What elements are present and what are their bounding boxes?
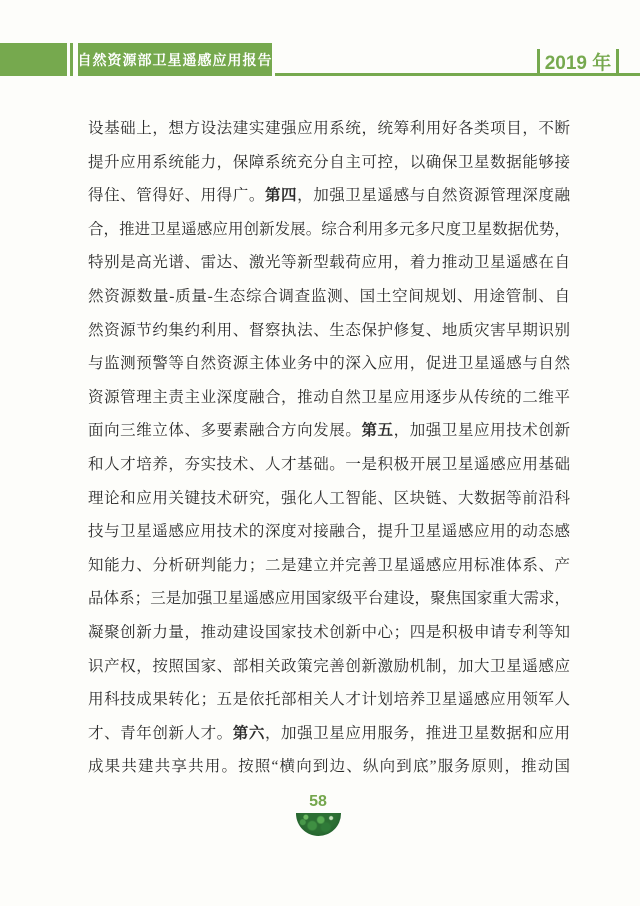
year-divider-bar-right [616,49,619,73]
text-line: 知能力、分析研判能力；二是建立并完善卫星遥感应用标准体系、产 [88,549,570,583]
text-line: 然资源数量-质量-生态综合调查监测、国土空间规划、用途管制、自 [88,280,570,314]
text-line: 然资源节约集约利用、督察执法、生态保护修复、地质灾害早期识别 [88,314,570,348]
body-text: 设基础上，想方设法建实建强应用系统，统筹利用好各类项目，不断提升应用系统能力，保… [88,112,570,784]
report-page: 自然资源部卫星遥感应用报告 2019 年 设基础上，想方设法建实建强应用系统，统… [0,0,640,906]
text-line: 设基础上，想方设法建实建强应用系统，统筹利用好各类项目，不断 [88,112,570,146]
text-line: 技与卫星遥感应用技术的深度对接融合，提升卫星遥感应用的动态感 [88,515,570,549]
text-line: 品体系；三是加强卫星遥感应用国家级平台建设，聚焦国家重大需求， [88,582,570,616]
page-number: 58 [0,793,636,811]
text-line: 提升应用系统能力，保障系统充分自主可控，以确保卫星数据能够接 [88,146,570,180]
text-line: 才、青年创新人才。第六，加强卫星应用服务，推进卫星数据和应用 [88,717,570,751]
text-line: 得住、管得好、用得广。第四，加强卫星遥感与自然资源管理深度融 [88,179,570,213]
text-line: 和人才培养，夯实技术、人才基础。一是积极开展卫星遥感应用基础 [88,448,570,482]
text-line: 理论和应用关键技术研究，强化人工智能、区块链、大数据等前沿科 [88,482,570,516]
year-label: 2019 年 [540,49,616,73]
earth-globe-icon [296,813,341,836]
text-line: 面向三维立体、多要素融合方向发展。第五，加强卫星应用技术创新 [88,414,570,448]
text-line: 识产权，按照国家、部相关政策完善创新激励机制，加大卫星遥感应 [88,650,570,684]
text-line: 资源管理主责主业深度融合，推动自然卫星应用逐步从传统的二维平 [88,381,570,415]
header-left-accent-block [0,43,67,76]
text-line: 与监测预警等自然资源主体业务中的深入应用，促进卫星遥感与自然 [88,347,570,381]
header-thin-divider-bar [70,43,73,76]
report-title-banner: 自然资源部卫星遥感应用报告 [78,43,272,76]
text-line: 特别是高光谱、雷达、激光等新型载荷应用，着力推动卫星遥感在自 [88,246,570,280]
text-line: 凝聚创新力量，推动建设国家技术创新中心；四是积极申请专利等知 [88,616,570,650]
text-line: 用科技成果转化；五是依托部相关人才计划培养卫星遥感应用领军人 [88,683,570,717]
text-line: 成果共建共享共用。按照“横向到边、纵向到底”服务原则，推动国 [88,750,570,784]
text-line: 合，推进卫星遥感应用创新发展。综合利用多元多尺度卫星数据优势， [88,213,570,247]
